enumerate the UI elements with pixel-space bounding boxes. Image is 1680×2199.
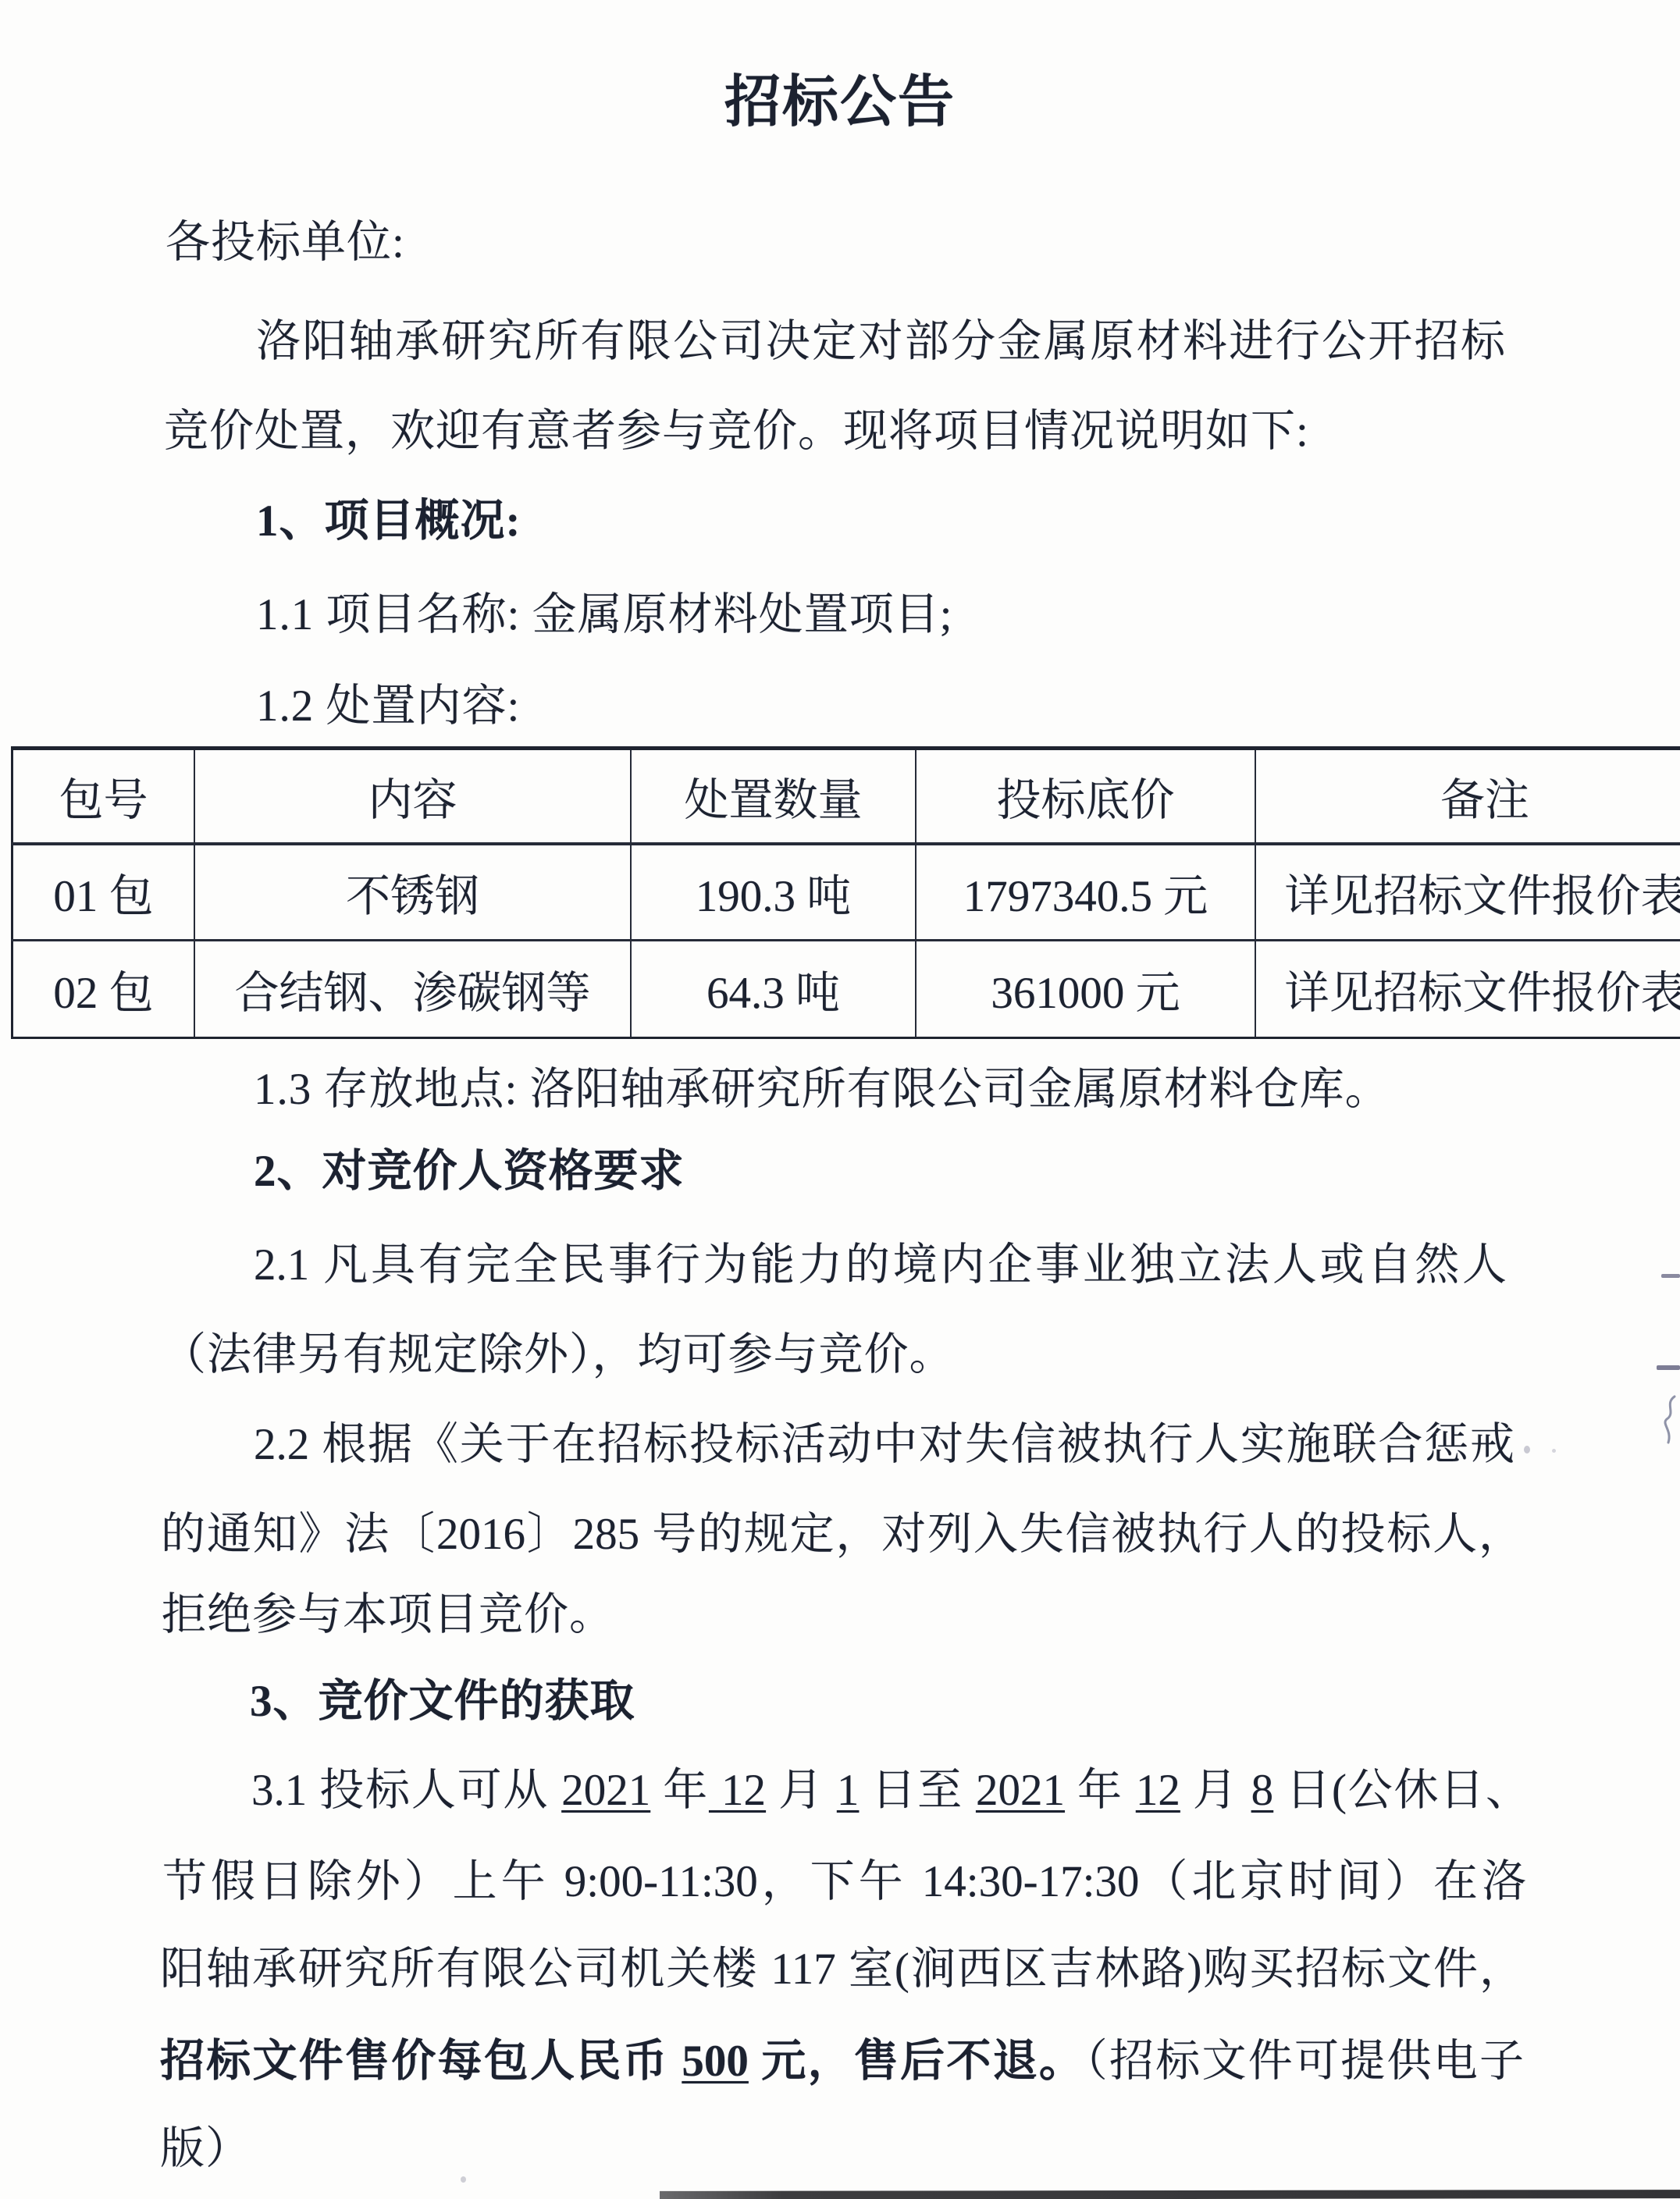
header-cell-floor-price: 投标底价: [916, 749, 1255, 845]
section1-2-line: 1.2 处置内容:: [256, 681, 520, 732]
row1-remarks: 详见招标文件报价表: [1255, 844, 1680, 941]
section1-3-line: 1.3 存放地点: 洛阳轴承研究所有限公司金属原材料仓库。: [254, 1064, 1390, 1116]
scan-artifact-speck-3: [461, 2176, 466, 2183]
scan-artifact-dash-1: [1661, 1274, 1680, 1278]
header-cell-remarks: 备注: [1255, 749, 1680, 845]
header-cell-package-number: 包号: [12, 749, 195, 845]
section3-heading: 3、竞价文件的获取: [250, 1676, 635, 1728]
scan-artifact-speck-1: [1524, 1446, 1530, 1454]
header-cell-quantity: 处置数量: [631, 749, 916, 845]
salutation-line: 各投标单位:: [166, 217, 405, 269]
section2-1-line-1: 2.1 凡具有完全民事行为能力的境内企事业独立法人或自然人: [254, 1240, 1507, 1291]
document-title: 招标公告: [0, 56, 1680, 137]
header-cell-content: 内容: [194, 749, 631, 845]
disposal-table: 包号 内容 处置数量 投标底价 备注 01 包 不锈钢 190.3 吨 1797…: [11, 746, 1680, 1039]
section2-2-line-2: 的通知》法〔2016〕285 号的规定，对列入失信被执行人的投标人，: [161, 1509, 1523, 1560]
intro-line-1: 洛阳轴承研究所有限公司决定对部分金属原材料进行公开招标: [256, 316, 1505, 368]
scan-artifact-bottom-bar: [660, 2190, 1680, 2199]
scan-artifact-dash-2: [1657, 1365, 1680, 1370]
row2-remarks: 详见招标文件报价表: [1255, 941, 1680, 1038]
section2-heading: 2、对竞价人资格要求: [254, 1146, 685, 1197]
row1-quantity: 190.3 吨: [631, 844, 916, 941]
row1-floor-price: 1797340.5 元: [916, 844, 1255, 941]
table-row: 01 包 不锈钢 190.3 吨 1797340.5 元 详见招标文件报价表: [12, 844, 1680, 941]
section3-1-line-4: 招标文件售价每包人民币 500 元，售后不退。（招标文件可提供电子: [160, 2036, 1524, 2087]
intro-line-2: 竞价处置，欢迎有意者参与竞价。现将项目情况说明如下:: [164, 406, 1309, 457]
scanned-document-page: 招标公告 各投标单位: 洛阳轴承研究所有限公司决定对部分金属原材料进行公开招标 …: [0, 0, 1680, 2199]
table-row: 02 包 合结钢、渗碳钢等 64.3 吨 361000 元 详见招标文件报价表: [12, 941, 1680, 1038]
section3-1-line-2: 节假日除外）上午 9:00-11:30，下午 14:30-17:30（北京时间）…: [162, 1856, 1526, 1908]
row1-content: 不锈钢: [194, 844, 631, 941]
section3-1-line-3: 阳轴承研究所有限公司机关楼 117 室(涧西区吉林路)购买招标文件，: [160, 1944, 1524, 1995]
row2-content: 合结钢、渗碳钢等: [194, 941, 631, 1038]
section2-2-line-3: 拒绝参与本项目竞价。: [162, 1589, 614, 1641]
row1-package-number: 01 包: [12, 844, 195, 941]
section3-1-line-1: 3.1 投标人可从 2021 年 12 月 1 日至 2021 年 12 月 8…: [251, 1765, 1530, 1816]
row2-package-number: 02 包: [12, 941, 195, 1038]
table-header-row: 包号 内容 处置数量 投标底价 备注: [12, 749, 1680, 845]
scan-artifact-squiggle: [1660, 1394, 1680, 1450]
row2-floor-price: 361000 元: [916, 941, 1255, 1038]
section2-2-line-1: 2.2 根据《关于在招标投标活动中对失信被执行人实施联合惩戒: [254, 1419, 1514, 1471]
scan-artifact-speck-2: [1552, 1449, 1556, 1453]
section1-heading: 1、项目概况:: [256, 496, 521, 547]
section3-1-line-5: 版）: [160, 2123, 251, 2175]
section1-1-line: 1.1 项目名称: 金属原材料处置项目;: [256, 589, 952, 641]
section2-1-line-2: （法律另有规定除外），均可参与竞价。: [162, 1329, 955, 1381]
row2-quantity: 64.3 吨: [631, 941, 916, 1038]
